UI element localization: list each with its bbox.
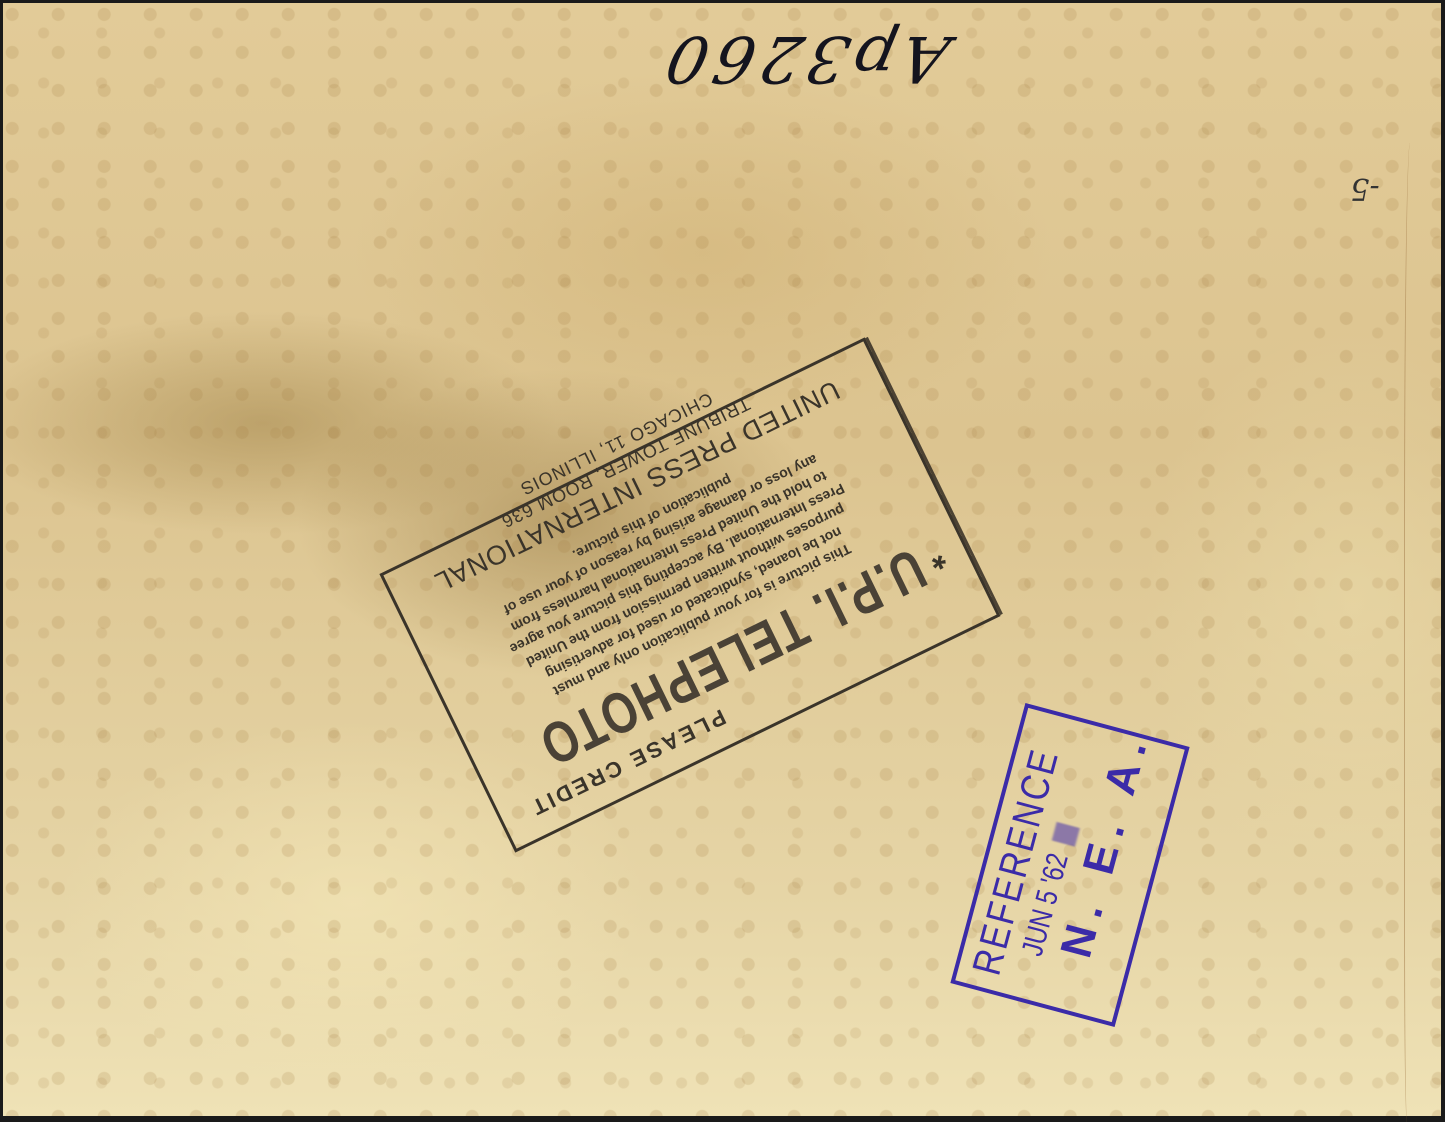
torn-paper-edge	[1404, 143, 1419, 1122]
ink-smudge	[1052, 822, 1080, 847]
asterisk-icon: *	[921, 536, 952, 580]
handwritten-margin-mark: -5	[1335, 168, 1395, 208]
handwritten-catalog-number: Ap3260	[586, 18, 1023, 98]
